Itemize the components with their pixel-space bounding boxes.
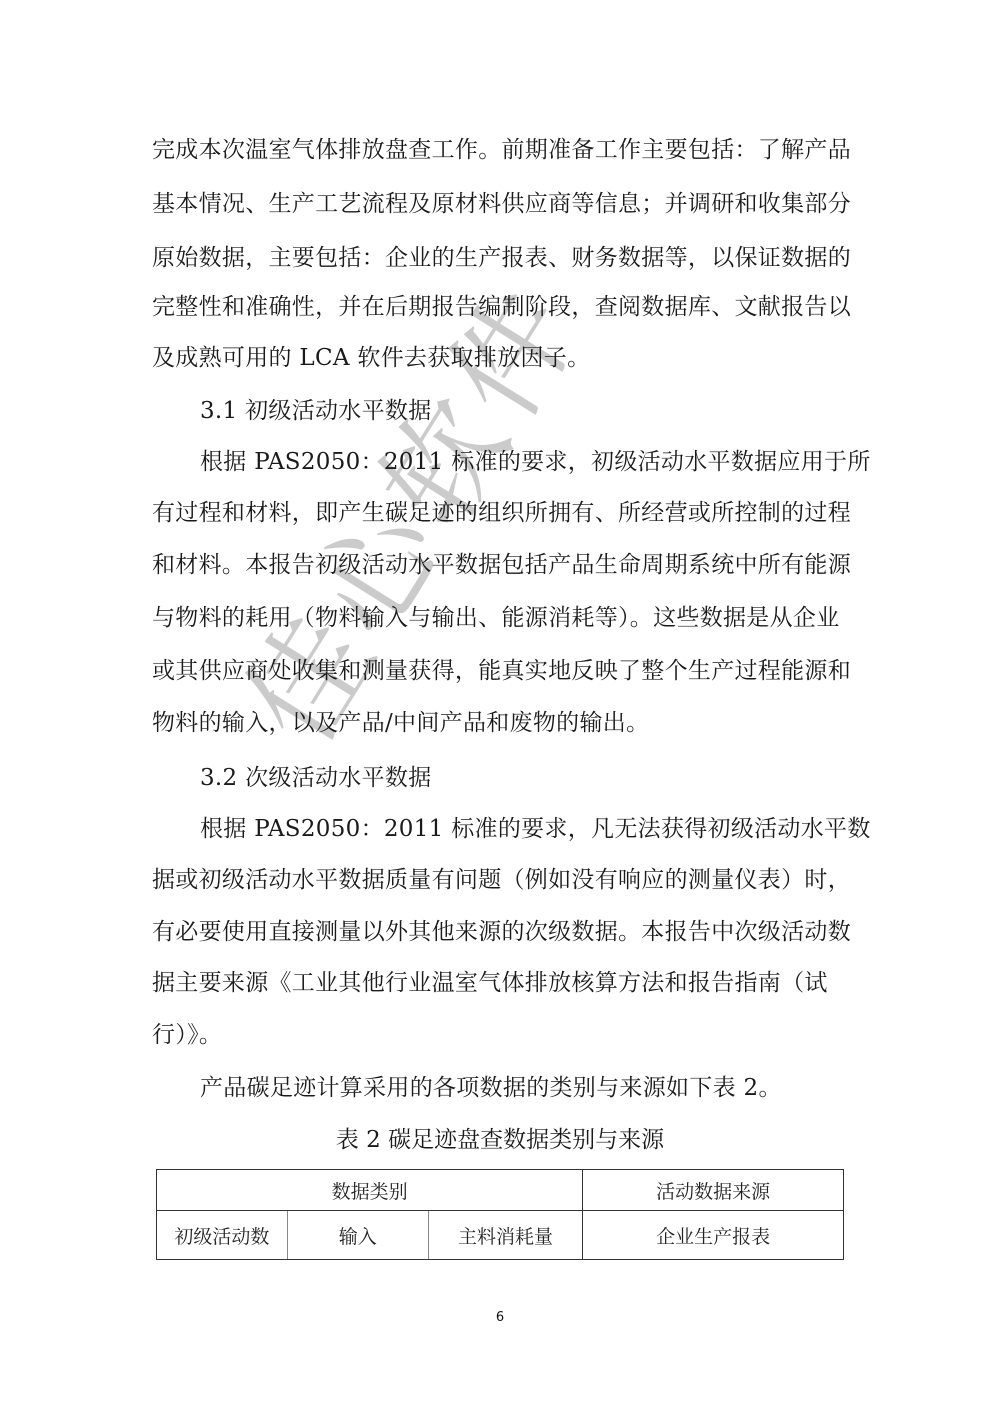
paragraph-line: 物料的输入，以及产品/中间产品和废物的输出。 xyxy=(152,707,852,739)
table-header-row: 数据类别 活动数据来源 xyxy=(157,1170,844,1211)
table-cell: 输入 xyxy=(287,1211,428,1260)
table-row: 初级活动数 输入 主料消耗量 企业生产报表 xyxy=(157,1211,844,1260)
paragraph-line: 有过程和材料，即产生碳足迹的组织所拥有、所经营或所控制的过程 xyxy=(152,497,852,529)
section-heading-3-1: 3.1 初级活动水平数据 xyxy=(200,395,900,427)
data-source-table: 数据类别 活动数据来源 初级活动数 输入 主料消耗量 企业生产报表 xyxy=(156,1169,844,1260)
paragraph-line: 原始数据，主要包括：企业的生产报表、财务数据等，以保证数据的 xyxy=(152,242,852,274)
paragraph-line: 根据 PAS2050：2011 标准的要求，凡无法获得初级活动水平数 xyxy=(200,813,900,845)
paragraph-line: 据或初级活动水平数据质量有问题（例如没有响应的测量仪表）时， xyxy=(152,864,852,896)
header-data-category: 数据类别 xyxy=(157,1170,583,1211)
table-cell: 主料消耗量 xyxy=(428,1211,583,1260)
paragraph-line: 或其供应商处收集和测量获得，能真实地反映了整个生产过程能源和 xyxy=(152,655,852,687)
table-intro: 产品碳足迹计算采用的各项数据的类别与来源如下表 2。 xyxy=(200,1072,900,1104)
table-caption: 表 2 碳足迹盘查数据类别与来源 xyxy=(0,1124,1000,1156)
page-number: 6 xyxy=(0,1310,1000,1325)
paragraph-line: 和材料。本报告初级活动水平数据包括产品生命周期系统中所有能源 xyxy=(152,549,852,581)
table-cell: 企业生产报表 xyxy=(583,1211,844,1260)
header-activity-data-source: 活动数据来源 xyxy=(583,1170,844,1211)
section-heading-3-2: 3.2 次级活动水平数据 xyxy=(200,762,900,794)
paragraph-line: 根据 PAS2050：2011 标准的要求，初级活动水平数据应用于所 xyxy=(200,446,900,478)
table-cell: 初级活动数 xyxy=(157,1211,288,1260)
paragraph-line: 完整性和准确性，并在后期报告编制阶段，查阅数据库、文献报告以 xyxy=(152,291,852,323)
paragraph-line: 完成本次温室气体排放盘查工作。前期准备工作主要包括：了解产品 xyxy=(152,134,852,166)
paragraph-line: 有必要使用直接测量以外其他来源的次级数据。本报告中次级活动数 xyxy=(152,916,852,948)
paragraph-line: 基本情况、生产工艺流程及原材料供应商等信息；并调研和收集部分 xyxy=(152,188,852,220)
paragraph-line: 行）》。 xyxy=(152,1019,852,1051)
paragraph-line: 据主要来源《工业其他行业温室气体排放核算方法和报告指南（试 xyxy=(152,967,852,999)
document-page: 佳心软件 完成本次温室气体排放盘查工作。前期准备工作主要包括：了解产品 基本情况… xyxy=(0,0,1000,1414)
paragraph-line: 及成熟可用的 LCA 软件去获取排放因子。 xyxy=(152,342,852,374)
paragraph-line: 与物料的耗用（物料输入与输出、能源消耗等）。这些数据是从企业 xyxy=(152,602,852,634)
